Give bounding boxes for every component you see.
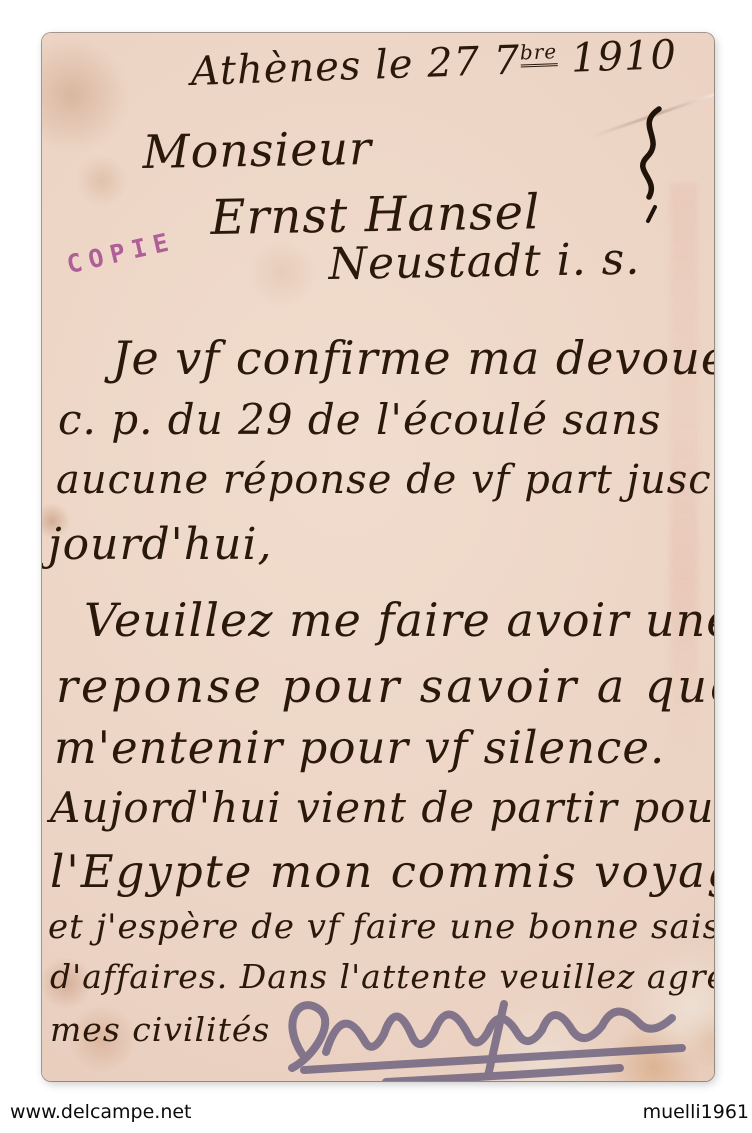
signature-scrawl-icon xyxy=(268,988,712,1081)
handwritten-line: mes civilités xyxy=(50,1010,270,1049)
handwritten-line: reponse pour savoir a quoi xyxy=(56,659,714,713)
date-prefix: Athènes le 27 7 xyxy=(190,37,521,94)
handwritten-line: c. p. du 29 de l'écoulé sans xyxy=(58,395,662,444)
copie-stamp: COPIE xyxy=(64,226,178,279)
postcard: Athènes le 27 7bre 1910 Monsieur Ernst H… xyxy=(42,33,714,1081)
watermark-left: www.delcampe.net xyxy=(10,1101,192,1123)
handwritten-line: m'entenir pour vf silence. xyxy=(54,721,665,774)
handwritten-line: jourd'hui, xyxy=(48,519,273,570)
recipient-salutation: Monsieur xyxy=(142,121,372,179)
date-superscript: bre xyxy=(520,39,558,67)
handwritten-line: Je vf confirme ma devoué xyxy=(112,331,714,385)
handwritten-line: Veuillez me faire avoir une xyxy=(84,593,714,647)
handwritten-line: et j'espère de vf faire une bonne saison xyxy=(48,907,714,947)
date-line: Athènes le 27 7bre 1910 xyxy=(190,33,678,95)
handwritten-line: aucune réponse de vf part jusc'au xyxy=(56,457,714,503)
watermark-right: muelli1961 xyxy=(643,1101,749,1123)
recipient-city: Neustadt i. s. xyxy=(328,234,641,290)
handwritten-line: l'Egypte mon commis voyageur xyxy=(50,845,714,898)
ink-squiggle-icon xyxy=(625,103,677,228)
handwritten-line: Aujord'hui vient de partir pour xyxy=(50,783,714,832)
date-suffix: 1910 xyxy=(557,33,678,82)
